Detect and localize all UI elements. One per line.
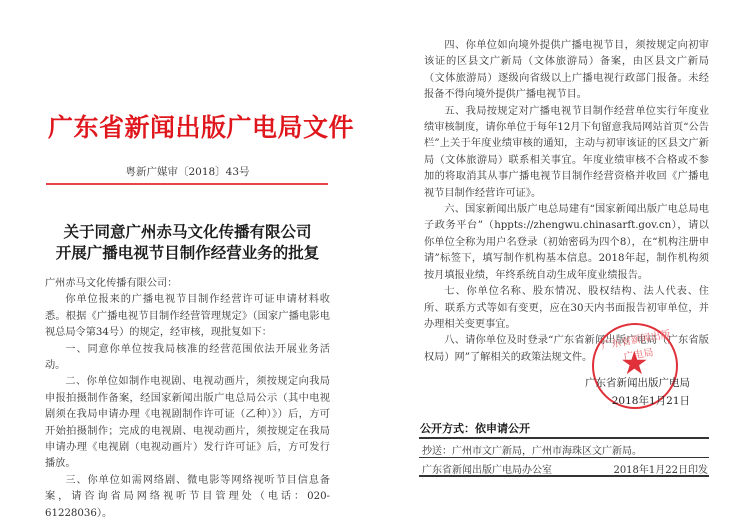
item-1: 一、同意你单位按我局核准的经营范围依法开展业务活动。: [45, 342, 330, 375]
cc-list: 抄送：广州市文广新局，广州市海珠区文广新局。: [422, 442, 642, 457]
document-title-line1: 关于同意广州赤马文化传播有限公司: [0, 220, 375, 242]
item-3: 三、你单位如需网络剧、微电影等网络视听节目信息备案，请咨询省局网络视听节目管理处…: [45, 473, 330, 522]
document-number: 粤新广媒审〔2018〕43号: [0, 164, 375, 179]
header-divider: [46, 183, 328, 185]
signer: 广东省新闻出版广电局: [585, 375, 690, 390]
disclosure-method: 公开方式：依申请公开: [420, 420, 530, 436]
print-date: 2018年1月22日印发: [600, 461, 708, 476]
item-2: 二、你单位如制作电视剧、电视动画片，须按规定向我局申报拍摄制作备案，经国家新闻出…: [45, 374, 330, 472]
item-4: 四、你单位如向境外提供广播电视节目，须按规定向初审该证的区县文广新局（文体旅游局…: [424, 38, 709, 104]
sign-date: 2018年1月21日: [612, 393, 690, 408]
issuing-office: 广东省新闻出版广电局办公室: [422, 461, 552, 476]
divider: [419, 457, 709, 458]
intro-paragraph: 你单位报来的广播电视节目制作经营许可证申请材料收悉。根据《广播电视节目制作经营管…: [45, 292, 330, 341]
divider: [419, 437, 709, 439]
divider: [419, 475, 709, 477]
left-page: 广东省新闻出版广电局文件 粤新广媒审〔2018〕43号 关于同意广州赤马文化传播…: [0, 0, 375, 532]
addressee: 广州赤马文化传播有限公司：: [45, 276, 330, 292]
right-body: 四、你单位如向境外提供广播电视节目，须按规定向初审该证的区县文广新局（文体旅游局…: [424, 38, 709, 366]
item-5: 五、我局按规定对广播电视节目制作经营单位实行年度业绩审核制度，请你单位于每年12…: [424, 104, 709, 202]
left-body: 广州赤马文化传播有限公司： 你单位报来的广播电视节目制作经营许可证申请材料收悉。…: [45, 276, 330, 522]
item-6: 六、国家新闻出版广电总局建有“国家新闻出版广电总局电子政务平台”（hppts:/…: [424, 202, 709, 284]
document-title-line2: 开展广播电视节目制作经营业务的批复: [0, 241, 375, 263]
document-header-title: 广东省新闻出版广电局文件: [48, 108, 328, 144]
